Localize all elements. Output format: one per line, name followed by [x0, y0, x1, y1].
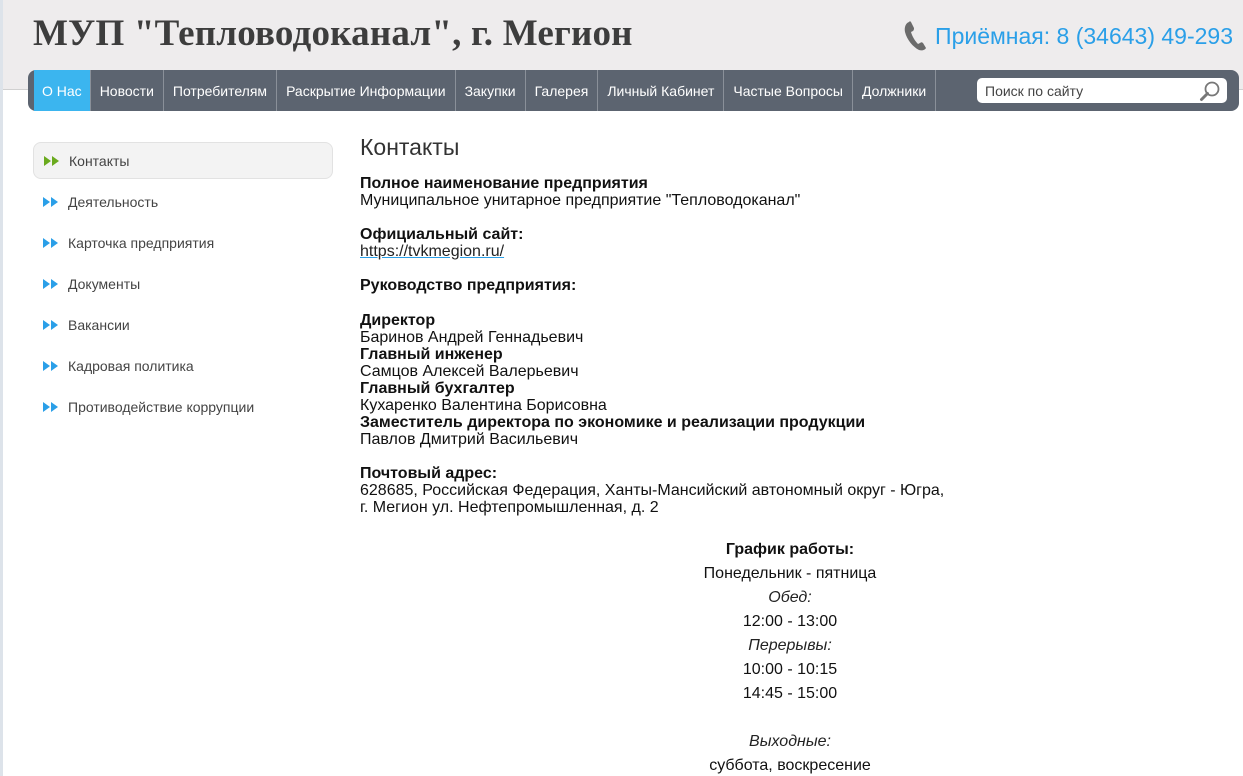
lunch-time: 12:00 - 13:00 — [640, 610, 940, 634]
sidebar: Контакты Деятельность Карточка предприят… — [33, 142, 333, 429]
full-name-label: Полное наименование предприятия — [360, 175, 1060, 192]
site-title[interactable]: МУП "Тепловодоканал", г. Мегион — [33, 12, 633, 55]
search-icon[interactable] — [1199, 80, 1221, 102]
nav-item-zakupki[interactable]: Закупки — [456, 70, 526, 111]
phone-contact: Приёмная: 8 (34643) 49-293 — [903, 20, 1233, 52]
sidebar-item-kartochka[interactable]: Карточка предприятия — [33, 224, 333, 261]
nav-item-galereya[interactable]: Галерея — [526, 70, 599, 111]
nav-item-raskrytie-informatsii[interactable]: Раскрытие Информации — [277, 70, 456, 111]
schedule-title: График работы: — [640, 538, 940, 562]
double-arrow-icon — [43, 238, 61, 248]
management-label: Руководство предприятия: — [360, 277, 1060, 294]
address-line: г. Мегион ул. Нефтепромышленная, д. 2 — [360, 499, 1060, 516]
nav-item-o-nas[interactable]: О Нас — [34, 70, 91, 111]
sidebar-item-dokumenty[interactable]: Документы — [33, 265, 333, 302]
main-nav: О Нас Новости Потребителям Раскрытие Инф… — [28, 70, 1239, 111]
weekend-days: суббота, воскресение — [640, 754, 940, 776]
official-site-link[interactable]: https://tvkmegion.ru/ — [360, 243, 504, 260]
search-box — [977, 78, 1227, 103]
phone-icon — [903, 20, 929, 52]
management-list: Директор Баринов Андрей Геннадьевич Глав… — [360, 312, 1060, 448]
nav-item-chastye-voprosy[interactable]: Частые Вопросы — [724, 70, 853, 111]
site-block: Официальный сайт: https://tvkmegion.ru/ — [360, 226, 1060, 260]
full-name-block: Полное наименование предприятия Муниципа… — [360, 175, 1060, 209]
spacer — [640, 706, 940, 730]
lunch-label: Обед: — [640, 586, 940, 610]
sidebar-item-label: Противодействие коррупции — [68, 399, 254, 415]
address-block: Почтовый адрес: 628685, Российская Федер… — [360, 465, 1060, 516]
address-label: Почтовый адрес: — [360, 465, 1060, 482]
sidebar-item-label: Документы — [68, 276, 140, 292]
sidebar-item-label: Деятельность — [68, 194, 158, 210]
sidebar-item-kontakty[interactable]: Контакты — [33, 142, 333, 179]
person-name: Павлов Дмитрий Васильевич — [360, 431, 1060, 448]
sidebar-item-kadrovaya-politika[interactable]: Кадровая политика — [33, 347, 333, 384]
break-time: 14:45 - 15:00 — [640, 682, 940, 706]
search-input[interactable] — [985, 83, 1185, 99]
break-time: 10:00 - 10:15 — [640, 658, 940, 682]
nav-item-dolzhniki[interactable]: Должники — [853, 70, 936, 111]
double-arrow-icon — [43, 361, 61, 371]
sidebar-item-label: Кадровая политика — [68, 358, 194, 374]
role-label: Главный инженер — [360, 346, 1060, 363]
sidebar-item-korruptsiya[interactable]: Противодействие коррупции — [33, 388, 333, 425]
phone-text[interactable]: Приёмная: 8 (34643) 49-293 — [935, 23, 1233, 50]
role-label: Главный бухгалтер — [360, 380, 1060, 397]
nav-item-lichnyy-kabinet[interactable]: Личный Кабинет — [598, 70, 724, 111]
window-edge — [0, 0, 3, 776]
double-arrow-icon — [43, 197, 61, 207]
full-name-value: Муниципальное унитарное предприятие "Теп… — [360, 192, 1060, 209]
sidebar-item-label: Карточка предприятия — [68, 235, 214, 251]
page-title: Контакты — [360, 134, 1060, 161]
person-name: Самцов Алексей Валерьевич — [360, 363, 1060, 380]
sidebar-item-deyatelnost[interactable]: Деятельность — [33, 183, 333, 220]
main-content: Контакты Полное наименование предприятия… — [360, 134, 1060, 533]
management-heading-block: Руководство предприятия: — [360, 277, 1060, 294]
double-arrow-icon — [43, 402, 61, 412]
double-arrow-icon — [43, 320, 61, 330]
breaks-label: Перерывы: — [640, 634, 940, 658]
role-label: Заместитель директора по экономике и реа… — [360, 414, 1060, 431]
nav-item-potrebitelyam[interactable]: Потребителям — [164, 70, 277, 111]
site-label: Официальный сайт: — [360, 226, 1060, 243]
sidebar-item-vakansii[interactable]: Вакансии — [33, 306, 333, 343]
weekend-label: Выходные: — [640, 730, 940, 754]
sidebar-item-label: Вакансии — [68, 317, 130, 333]
sidebar-item-label: Контакты — [69, 153, 129, 169]
schedule-days: Понедельник - пятница — [640, 562, 940, 586]
role-label: Директор — [360, 312, 1060, 329]
person-name: Кухаренко Валентина Борисовна — [360, 397, 1060, 414]
double-arrow-icon — [44, 156, 62, 166]
nav-item-novosti[interactable]: Новости — [91, 70, 164, 111]
work-schedule: График работы: Понедельник - пятница Обе… — [640, 538, 940, 776]
double-arrow-icon — [43, 279, 61, 289]
address-line: 628685, Российская Федерация, Ханты-Манс… — [360, 482, 1060, 499]
person-name: Баринов Андрей Геннадьевич — [360, 329, 1060, 346]
